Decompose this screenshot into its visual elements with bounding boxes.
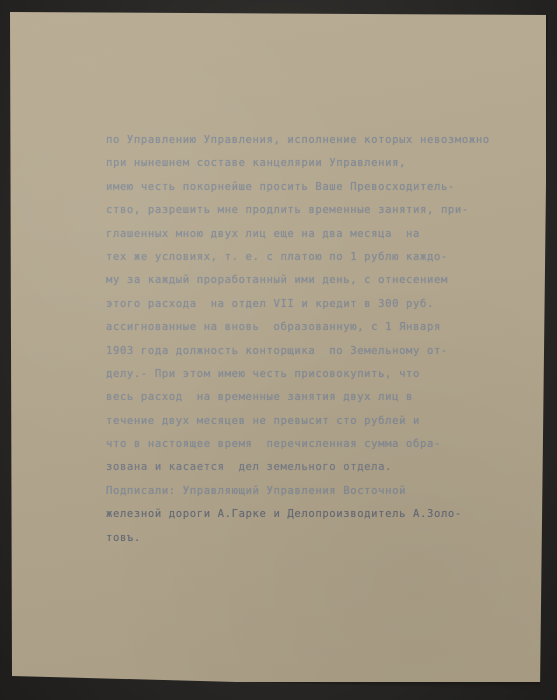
document-page: по Управлению Управления, исполнение кот… <box>10 12 546 682</box>
text-line: имею честь покорнейше просить Ваше Прево… <box>106 176 550 199</box>
text-line: этого расхода на отдел VII и кредит в 30… <box>106 293 550 316</box>
text-line: 1903 года должность конторщика по Земель… <box>106 340 550 363</box>
text-line: му за каждый проработанный ими день, с о… <box>106 269 550 292</box>
signature-line: Подписали: Управляющий Управления Восточ… <box>106 480 550 503</box>
text-line: делу.- При этом имею честь присовокупить… <box>106 363 550 386</box>
text-line: зована и касается дел земельного отдела. <box>106 456 550 479</box>
text-line: течение двух месяцев не превысит сто руб… <box>106 410 550 433</box>
text-line: весь расход на временные занятия двух ли… <box>106 386 550 409</box>
text-line: ассигнованные на вновь образованную, с 1… <box>106 316 550 339</box>
text-line: что в настоящее время перечисленная сумм… <box>106 433 550 456</box>
text-line: тех же условиях, т. е. с платою по 1 руб… <box>106 246 550 269</box>
text-line: глашенных мною двух лиц еще на два месяц… <box>106 223 550 246</box>
text-line: при нынешнем составе канцелярии Управлен… <box>106 152 550 175</box>
text-line: по Управлению Управления, исполнение кот… <box>106 129 550 152</box>
signature-line: железной дороги А.Гарке и Делопроизводит… <box>106 503 550 526</box>
text-line: ство, разрешить мне продлить временные з… <box>106 199 550 222</box>
signature-line: товъ. <box>106 527 550 550</box>
typewritten-text: по Управлению Управления, исполнение кот… <box>106 129 550 550</box>
